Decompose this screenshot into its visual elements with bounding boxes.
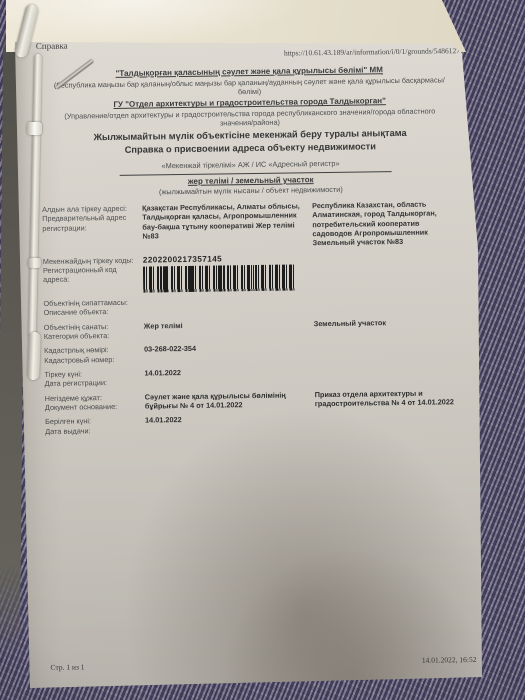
field-label-address: Алдын ала тіркеу адресі: Предварительный… xyxy=(42,204,143,252)
field-label-ru: Кадастровый номер: xyxy=(44,354,138,365)
field-value-description-kk xyxy=(143,295,313,316)
footer-page-number: Стр. 1 из 1 xyxy=(50,662,84,671)
field-label-ru: Дата регистрации: xyxy=(44,378,138,389)
field-label-issue-date: Берілген күні: Дата выдачи: xyxy=(45,416,145,436)
field-label-ru: Предварительный адрес регистрации: xyxy=(42,213,136,233)
system-name: «Мекенжай тіркелімі» АЖ / ИС «Адресный р… xyxy=(15,157,485,173)
document-url: https://10.61.43.189/ar/information/i/0/… xyxy=(284,46,460,57)
field-label-cadastre: Кадастрлық нөмірі: Кадастровый номер: xyxy=(44,345,144,365)
field-label-reg-date: Тіркеу күні: Дата регистрации: xyxy=(44,369,144,389)
field-label-ru: Регистрационный код адреса: xyxy=(43,265,137,285)
barcode xyxy=(143,265,295,293)
field-value-address-ru: Республика Казахстан, область Алматинска… xyxy=(312,199,467,248)
field-label-ru: Описание объекта: xyxy=(44,307,138,318)
field-value-issue-date: 14.01.2022 xyxy=(145,414,315,435)
field-label-category: Объектінің санаты: Категория объекта: xyxy=(44,321,144,341)
field-value-empty xyxy=(315,411,469,432)
fields-grid: Алдын ала тіркеу адресі: Предварительный… xyxy=(42,199,469,436)
metal-fastener-clasp-icon xyxy=(27,122,42,135)
field-label-ru: Категория объекта: xyxy=(44,331,138,342)
footer-print-datetime: 14.01.2022, 16:52 xyxy=(422,655,477,665)
field-value-reg-code: 2202200217357145 xyxy=(143,253,314,293)
document-content: Справка https://10.61.43.189/ar/informat… xyxy=(14,33,493,695)
field-value-description-ru xyxy=(313,293,467,314)
field-value-basis-kk: Сәулет және қала құрылысы бөлімінің бұйр… xyxy=(145,390,315,411)
field-value-empty xyxy=(313,251,468,291)
field-label-reg-code: Мекенжайдың тіркеу коды: Регистрационный… xyxy=(43,255,144,294)
metal-fastener-bottom-icon xyxy=(27,332,41,380)
metal-fastener-joint-icon xyxy=(28,258,41,268)
field-label-ru: Документ основание: xyxy=(45,402,139,413)
field-value-cadastre: 03-268-022-354 xyxy=(144,343,314,364)
field-value-empty xyxy=(314,340,468,361)
document-page: Справка https://10.61.43.189/ar/informat… xyxy=(14,36,484,692)
field-label-description: Объектінің сипаттамасы: Описание объекта… xyxy=(43,298,143,318)
field-value-category-kk: Жер телімі xyxy=(144,319,314,340)
field-value-category-ru: Земельный участок xyxy=(314,317,468,338)
field-value-empty xyxy=(314,364,468,385)
document-title: Жылжымайтын мүлік объектісіне мекенжай б… xyxy=(15,126,485,159)
field-value-address-kk: Қазақстан Республикасы, Алматы облысы, Т… xyxy=(142,201,313,250)
fabric-background: Справка https://10.61.43.189/ar/informat… xyxy=(0,0,525,700)
field-label-ru: Дата выдачи: xyxy=(45,425,139,436)
field-value-reg-date: 14.01.2022 xyxy=(144,366,314,387)
field-label-basis: Негіздеме құжат: Документ основание: xyxy=(45,392,145,412)
org-header: "Талдықорған қаласының сәулет және қала … xyxy=(28,64,471,133)
field-value-basis-ru: Приказ отдела архитектуры и градостроите… xyxy=(315,388,469,409)
